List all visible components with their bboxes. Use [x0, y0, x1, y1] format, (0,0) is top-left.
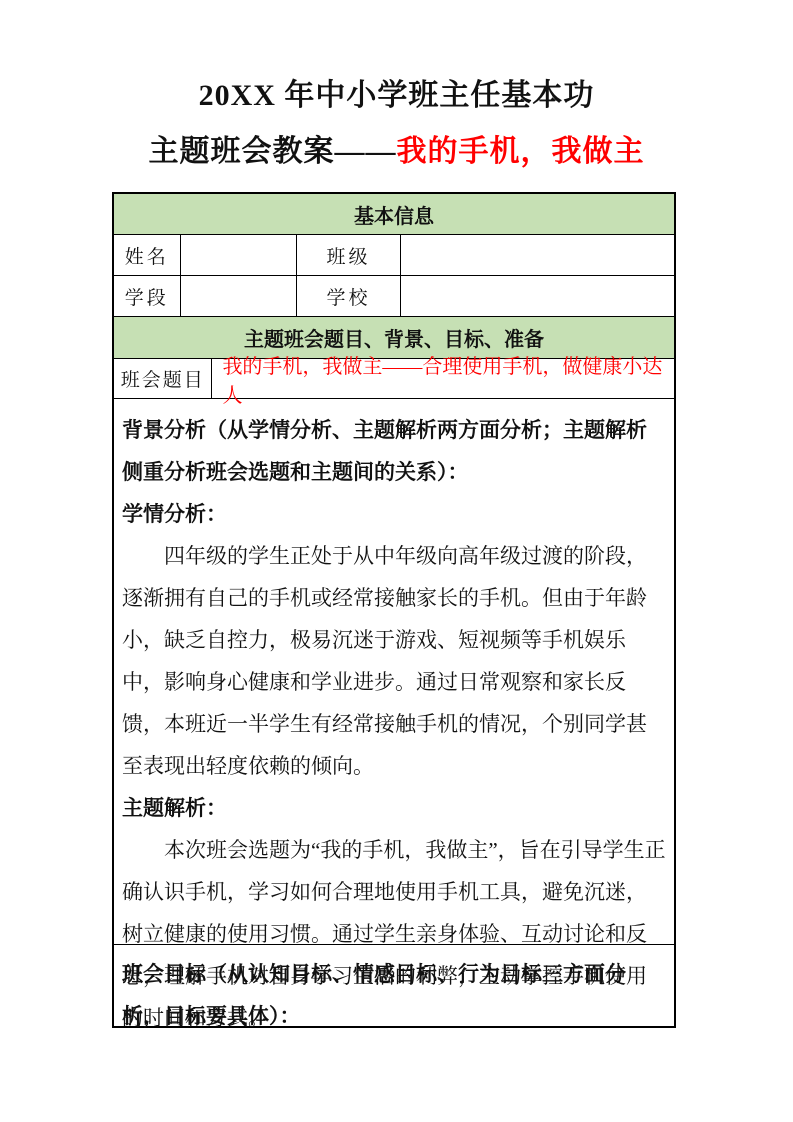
table-row-stage-school: 学段 学校: [114, 275, 674, 316]
page-title: 20XX 年中小学班主任基本功 主题班会教案——我的手机，我做主: [0, 0, 793, 180]
background-heading: 背景分析（从学情分析、主题解析两方面分析；主题解析侧重分析班会选题和主题间的关系…: [122, 409, 666, 493]
topic-value: 我的手机，我做主——合理使用手机，做健康小达人: [211, 359, 674, 398]
section-header-basic-info: 基本信息: [114, 194, 674, 234]
name-label: 姓名: [114, 235, 180, 275]
background-analysis-cell: 背景分析（从学情分析、主题解析两方面分析；主题解析侧重分析班会选题和主题间的关系…: [114, 398, 674, 944]
student-analysis-paragraph: 四年级的学生正处于从中年级向高年级过渡的阶段，逐渐拥有自己的手机或经常接触家长的…: [122, 535, 666, 787]
name-value-cell[interactable]: [180, 235, 296, 275]
table-row-name-class: 姓名 班级: [114, 234, 674, 275]
page-title-line2-black: 主题班会教案——: [149, 135, 397, 168]
lesson-plan-table: 基本信息 姓名 班级 学段 学校 主题班会题目、背景、目标、准备 班会题目 我的…: [112, 192, 676, 1028]
section-header-basic-info-label: 基本信息: [354, 200, 434, 229]
stage-value-cell[interactable]: [180, 276, 296, 316]
page-title-line1: 20XX 年中小学班主任基本功: [0, 68, 793, 124]
school-value-cell[interactable]: [400, 276, 674, 316]
theme-analysis-subheading: 主题解析：: [122, 787, 666, 829]
page-title-line2-red: 我的手机，我做主: [397, 135, 645, 168]
section-header-topic-background-label: 主题班会题目、背景、目标、准备: [244, 323, 544, 352]
student-analysis-subheading: 学情分析：: [122, 493, 666, 535]
class-label: 班级: [296, 235, 400, 275]
class-value-cell[interactable]: [400, 235, 674, 275]
stage-label: 学段: [114, 276, 180, 316]
page-title-line2: 主题班会教案——我的手机，我做主: [0, 124, 793, 180]
document-page: 20XX 年中小学班主任基本功 主题班会教案——我的手机，我做主 基本信息 姓名…: [0, 0, 793, 1122]
table-row-topic: 班会题目 我的手机，我做主——合理使用手机，做健康小达人: [114, 358, 674, 398]
topic-label: 班会题目: [114, 359, 211, 398]
goals-cell: 班会目标（从认知目标、情感目标、行为目标三方面分析，目标要具体）：: [114, 944, 674, 1026]
school-label: 学校: [296, 276, 400, 316]
